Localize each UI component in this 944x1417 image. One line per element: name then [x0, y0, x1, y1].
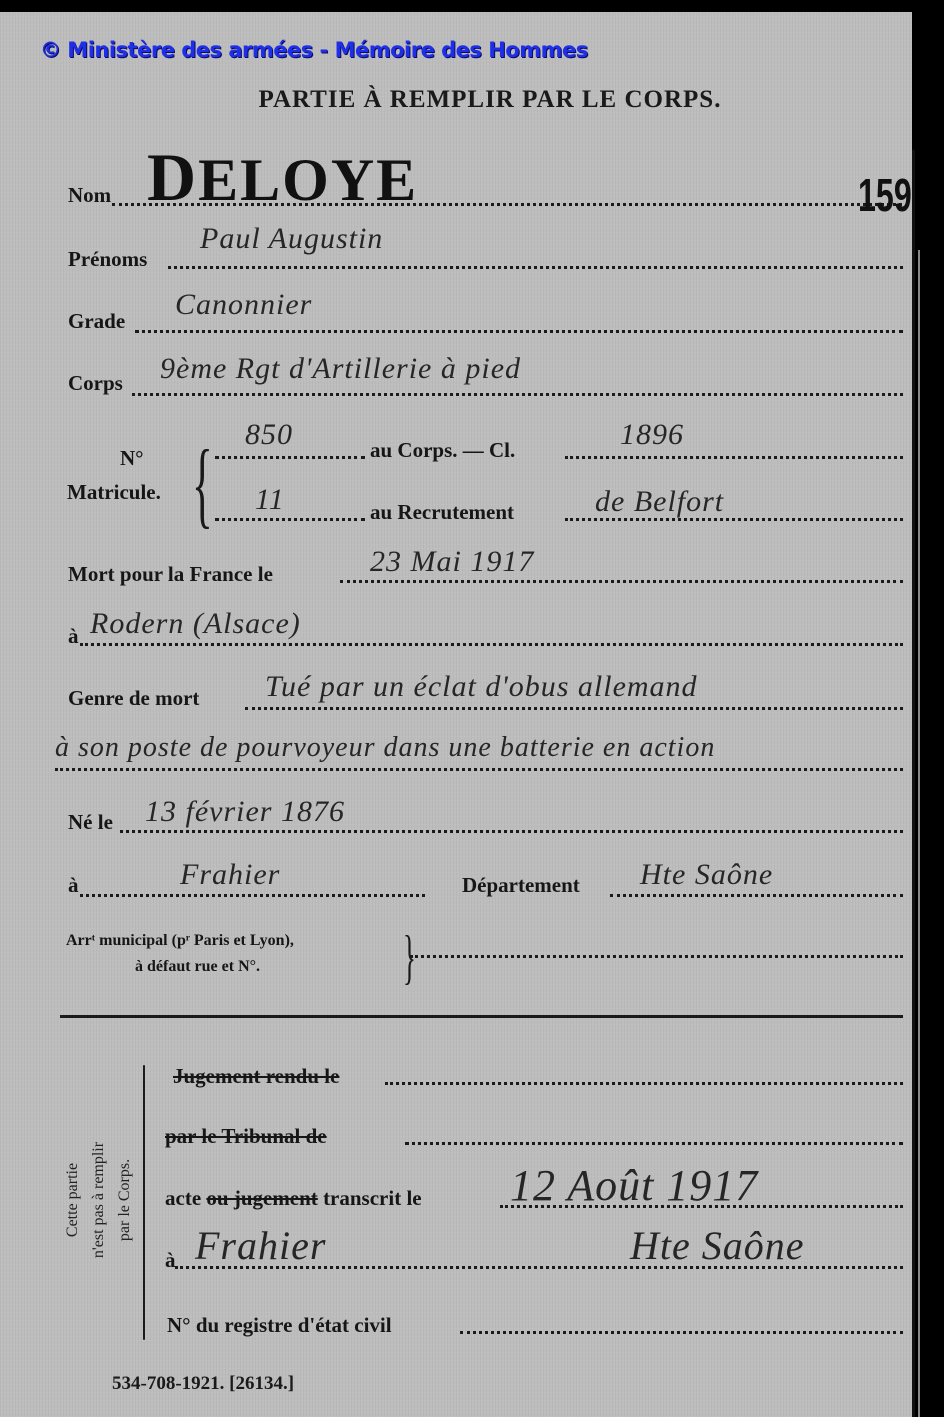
- arrondissement-label-line1: Arrᵗ municipal (pʳ Paris et Lyon),: [66, 932, 294, 950]
- departement-fill-line: [610, 894, 903, 897]
- jugement-rendu-label: Jugement rendu le: [173, 1064, 339, 1089]
- page-edge-rule: [912, 150, 915, 1417]
- classe-fill-line: [565, 456, 903, 459]
- acte-label-prefix: acte: [165, 1186, 201, 1210]
- ne-a-fill-line: [80, 894, 425, 897]
- side-note: Cette partie n'est pas à remplir par le …: [60, 1110, 138, 1290]
- transcrit-a-fill-line: [175, 1266, 903, 1269]
- matricule-label-line2: Matricule.: [67, 480, 161, 505]
- copyright-watermark: © Ministère des armées - Mémoire des Hom…: [40, 38, 588, 62]
- prenoms-label: Prénoms: [68, 247, 147, 272]
- mort-le-fill-line: [340, 580, 903, 583]
- corps-label: Corps: [68, 371, 123, 396]
- departement-label: Département: [462, 873, 580, 898]
- departement-value: Hte Saône: [640, 858, 773, 892]
- form-heading: PARTIE À REMPLIR PAR LE CORPS.: [0, 86, 944, 114]
- genre-de-mort-value-line1: Tué par un éclat d'obus allemand: [265, 670, 698, 704]
- acte-label-struck: ou jugement: [206, 1186, 317, 1210]
- genre-de-mort-value-line2: à son poste de pourvoyeur dans une batte…: [55, 732, 715, 764]
- acte-transcrit-fill-line: [500, 1205, 903, 1208]
- ne-le-fill-line: [120, 830, 903, 833]
- corps-value: 9ème Rgt d'Artillerie à pied: [160, 352, 521, 386]
- transcrit-a-dept: Hte Saône: [630, 1222, 805, 1269]
- side-note-line3: par le Corps.: [112, 1110, 138, 1290]
- genre-de-mort-label: Genre de mort: [68, 686, 199, 711]
- registre-label: N° du registre d'état civil: [167, 1313, 392, 1338]
- mort-a-label: à: [68, 624, 79, 649]
- prenoms-fill-line: [168, 266, 903, 269]
- recrutement-number: 11: [255, 483, 285, 517]
- arrondissement-brace: {: [403, 928, 416, 997]
- acte-transcrit-value: 12 Août 1917: [510, 1160, 758, 1211]
- arrondissement-fill-line: [410, 955, 903, 958]
- classe-value: 1896: [620, 418, 684, 452]
- nom-label: Nom: [68, 183, 111, 208]
- matricule-corps-number: 850: [245, 418, 293, 452]
- matricule-label-line1: N°: [120, 446, 144, 471]
- recrutement-number-fill-line: [215, 518, 365, 521]
- grade-fill-line: [135, 330, 903, 333]
- jugement-rendu-fill-line: [385, 1082, 903, 1085]
- transcrit-a-place: Frahier: [195, 1222, 326, 1269]
- recrutement-value: de Belfort: [595, 485, 724, 519]
- ne-a-label: à: [68, 873, 79, 898]
- recrutement-fill-line: [565, 518, 903, 521]
- side-note-line2: n'est pas à remplir: [86, 1110, 112, 1290]
- acte-label-suffix: transcrit le: [323, 1186, 422, 1210]
- lower-section-brace: [143, 1065, 145, 1340]
- prenoms-value: Paul Augustin: [200, 222, 383, 256]
- nom-fill-line: [112, 203, 902, 206]
- mort-le-value: 23 Mai 1917: [370, 545, 534, 579]
- genre-de-mort-fill-line1: [245, 707, 903, 710]
- section-divider: [60, 1015, 903, 1018]
- matricule-brace: {: [192, 428, 213, 539]
- grade-value: Canonnier: [175, 288, 312, 322]
- grade-label: Grade: [68, 309, 125, 334]
- tribunal-fill-line: [405, 1142, 903, 1145]
- au-recrutement-label: au Recrutement: [370, 500, 514, 525]
- transcrit-a-label: à: [165, 1248, 176, 1273]
- au-corps-classe-label: au Corps. — Cl.: [370, 438, 515, 463]
- ne-le-label: Né le: [68, 810, 113, 835]
- page-edge-rule-secondary: [918, 250, 920, 1417]
- ne-a-value: Frahier: [180, 858, 280, 892]
- print-reference: 534-708-1921. [26134.]: [112, 1373, 294, 1395]
- card-number: 159: [858, 168, 912, 222]
- scan-border-top: [0, 0, 944, 12]
- side-note-line1: Cette partie: [60, 1110, 86, 1290]
- acte-transcrit-label: acte ou jugement transcrit le: [165, 1186, 422, 1211]
- arrondissement-label-line2: à défaut rue et N°.: [135, 958, 260, 976]
- corps-fill-line: [132, 393, 903, 396]
- mort-a-value: Rodern (Alsace): [90, 607, 301, 641]
- mort-a-fill-line: [80, 643, 903, 646]
- tribunal-label: par le Tribunal de: [165, 1124, 327, 1149]
- ne-le-value: 13 février 1876: [145, 795, 345, 829]
- matricule-corps-fill-line: [215, 456, 365, 459]
- mort-le-label: Mort pour la France le: [68, 562, 273, 587]
- registre-fill-line: [460, 1331, 903, 1334]
- genre-de-mort-fill-line2: [55, 768, 903, 771]
